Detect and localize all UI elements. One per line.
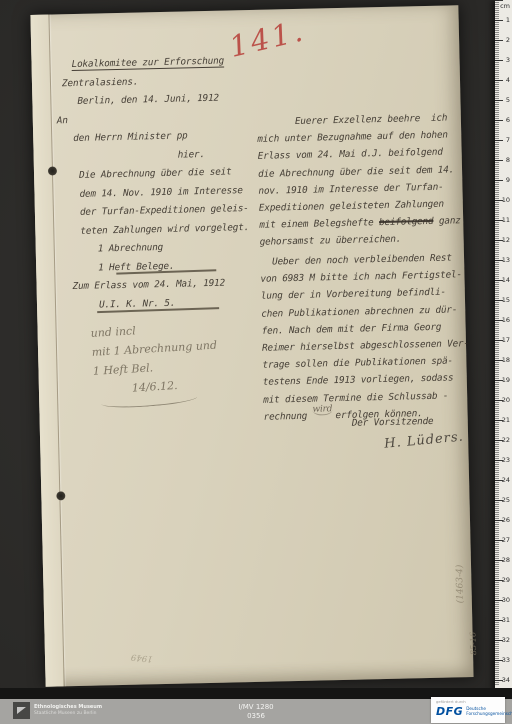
ruler-mark: 18: [502, 357, 510, 364]
ruler-mark: 29: [502, 577, 510, 584]
closing-line: Der Vorsitzende: [352, 416, 434, 429]
dfg-full-name: Deutsche Forschungsgemeinschaft: [466, 707, 512, 716]
ruler-mark: 2: [506, 37, 510, 44]
text-line: gehorsamst zu überreichen.: [259, 230, 467, 252]
dfg-acronym: DFG: [436, 705, 463, 718]
letter-head-block: Lokalkomitee zur ErforschungZentralasien…: [55, 51, 291, 315]
ruler-mark: 15: [502, 297, 510, 304]
smb-logo: [13, 702, 30, 719]
letter-body-paragraph-1: Euerer Exzellenz beehre ichmich unter Be…: [257, 109, 468, 251]
ruler-mark: 7: [506, 137, 510, 144]
ruler-mark: 26: [502, 517, 510, 524]
archive-footer: I/MV 1280 0356 Ethnologisches Museum Sta…: [0, 699, 512, 724]
arrow-icon: [17, 707, 26, 714]
signature: H. Lüders.: [384, 429, 465, 451]
ruler-mark: 16: [502, 317, 510, 324]
museum-line-2: Staatliche Museen zu Berlin: [34, 711, 102, 717]
ruler-mark: 33: [502, 657, 510, 664]
hw-insert: wird: [312, 404, 332, 415]
ruler-mark: 17: [502, 337, 510, 344]
museum-name: Ethnologisches Museum Staatliche Museen …: [34, 705, 102, 716]
ruler-mark: 24: [502, 477, 510, 484]
scan-background: 141. Lokalkomitee zur ErforschungZentral…: [0, 0, 512, 724]
ruler-mark: 14: [502, 277, 510, 284]
museum-line-1: Ethnologisches Museum: [34, 705, 102, 711]
ruler-mark: 5: [506, 97, 510, 104]
letter-body-paragraph-2: Ueber den noch verbleibenden Restvon 698…: [260, 249, 472, 427]
ruler-mark: 1: [506, 17, 510, 24]
pencil-annotation-vertical: 85-16: [469, 632, 479, 655]
text-segment: ganz: [433, 215, 460, 227]
ruler-mark: 31: [502, 617, 510, 624]
dfg-name-line-2: Forschungsgemeinschaft: [466, 711, 512, 716]
ruler-mark: 9: [506, 177, 510, 184]
ruler-mark: 30: [502, 597, 510, 604]
ruler-mark: 20: [502, 397, 510, 404]
ruler-mark: 8: [506, 157, 510, 164]
ruler-mark: 34: [502, 677, 510, 684]
ruler-mark: 6: [506, 117, 510, 124]
ruler-mark: 12: [502, 237, 510, 244]
ruler-mark: 19: [502, 377, 510, 384]
ruler-mark: 21: [502, 417, 510, 424]
museum-branding: Ethnologisches Museum Staatliche Museen …: [13, 702, 102, 719]
ruler-mark: 25: [502, 497, 510, 504]
dfg-funded-by-label: gefördert durch: [436, 699, 505, 704]
ruler-mark: 27: [502, 537, 510, 544]
ruler-mark: 10: [502, 197, 510, 204]
ruler-mark: 11: [502, 217, 510, 224]
ruler-unit-label: cm: [500, 2, 510, 10]
ruler-mark: 22: [502, 437, 510, 444]
letter-page: 141. Lokalkomitee zur ErforschungZentral…: [30, 5, 473, 687]
text-segment: mit einem Belegshefte: [259, 217, 379, 231]
ruler-mark: 28: [502, 557, 510, 564]
ruler-mark: 13: [502, 257, 510, 264]
ruler-mark: 23: [502, 457, 510, 464]
text-segment: rechnung: [263, 410, 312, 422]
ruler-mark: 32: [502, 637, 510, 644]
cm-ruler: cm12345678910111213141516171819202122232…: [495, 0, 512, 699]
pencil-annotation-corner: 1949: [131, 652, 154, 664]
punch-hole: [56, 491, 65, 500]
dfg-logo-row: DFG Deutsche Forschungsgemeinschaft: [436, 705, 505, 718]
strike: beifolgend: [379, 216, 434, 228]
handwritten-note: und inclmit 1 Abrechnung und1 Heft Bel.1…: [90, 317, 220, 400]
pencil-annotation-vertical: (1463-4): [455, 565, 466, 604]
punch-hole: [48, 166, 57, 175]
dfg-logo: gefördert durch DFG Deutsche Forschungsg…: [431, 697, 505, 723]
ruler-mark: 4: [506, 77, 510, 84]
ruler-mark: 3: [506, 57, 510, 64]
